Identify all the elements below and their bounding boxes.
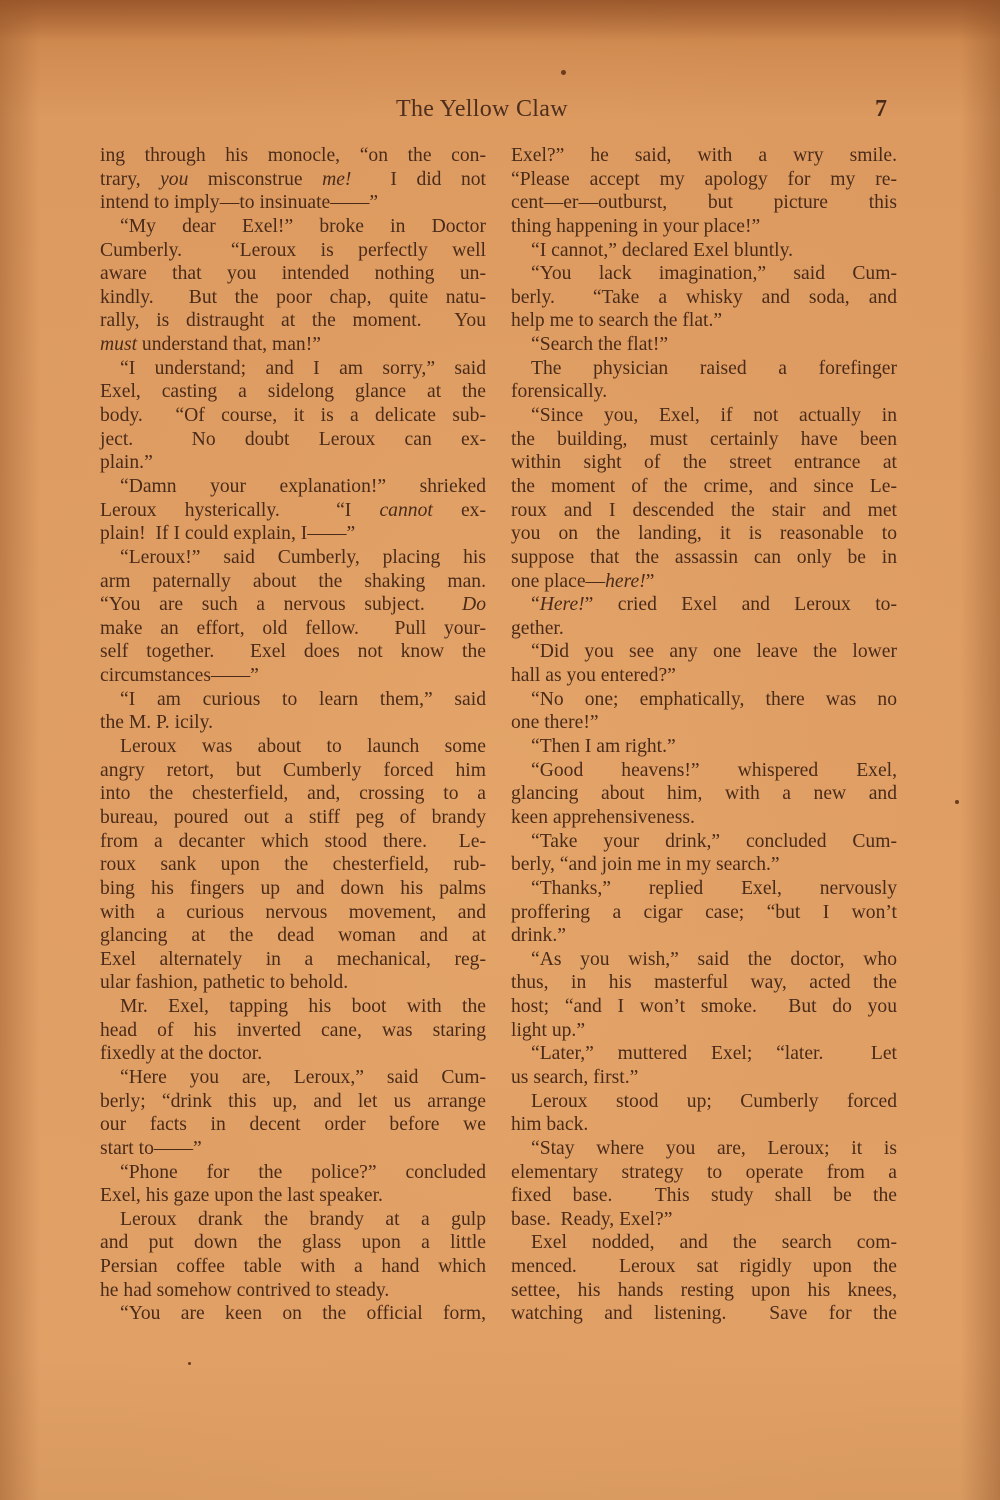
text-line: elementary strategy to operate from a xyxy=(511,1161,897,1185)
book-page: The Yellow Claw 7 ing through his monocl… xyxy=(0,0,1000,1500)
text-line: and put down the glass upon a little xyxy=(100,1231,486,1255)
text-line: “Leroux!” said Cumberly, placing his xyxy=(100,546,486,570)
text-line: aware that you intended nothing un- xyxy=(100,262,486,286)
page-number: 7 xyxy=(875,96,887,123)
text-line: light up.” xyxy=(511,1019,897,1043)
text-line: within sight of the street entrance at xyxy=(511,451,897,475)
paper-speck xyxy=(955,800,959,804)
text-line: Cumberly. “Leroux is perfectly well xyxy=(100,239,486,263)
text-line: our facts in decent order before we xyxy=(100,1113,486,1137)
text-line: he had somehow contrived to steady. xyxy=(100,1279,486,1303)
page-shadow-top xyxy=(0,0,1000,40)
text-column-right: Exel?” he said, with a wry smile.“Please… xyxy=(511,144,897,1326)
text-line: intend to imply—to insinuate——” xyxy=(100,191,486,215)
text-line: arm paternally about the shaking man. xyxy=(100,570,486,594)
text-line: “No one; emphatically, there was no xyxy=(511,688,897,712)
text-line: us search, first.” xyxy=(511,1066,897,1090)
text-column-left: ing through his monocle, “on the con-tra… xyxy=(100,144,486,1326)
text-line: “I understand; and I am sorry,” said xyxy=(100,357,486,381)
text-line: Leroux was about to launch some xyxy=(100,735,486,759)
text-line: gether. xyxy=(511,617,897,641)
text-line: angry retort, but Cumberly forced him xyxy=(100,759,486,783)
text-line: him back. xyxy=(511,1113,897,1137)
text-line: “Stay where you are, Leroux; it is xyxy=(511,1137,897,1161)
text-line: Leroux hysterically. “I cannot ex- xyxy=(100,499,486,523)
text-line: “Search the flat!” xyxy=(511,333,897,357)
page-shadow-right xyxy=(960,0,1000,1500)
text-line: head of his inverted cane, was staring xyxy=(100,1019,486,1043)
running-title: The Yellow Claw xyxy=(396,96,568,123)
text-line: keen apprehensiveness. xyxy=(511,806,897,830)
text-line: circumstances——” xyxy=(100,664,486,688)
text-line: Exel alternately in a mechanical, reg- xyxy=(100,948,486,972)
text-line: into the chesterfield, and, crossing to … xyxy=(100,782,486,806)
text-line: berly, “and join me in my search.” xyxy=(511,853,897,877)
text-line: plain! If I could explain, I——” xyxy=(100,522,486,546)
text-line: drink.” xyxy=(511,924,897,948)
text-line: “You are such a nervous subject. Do xyxy=(100,593,486,617)
text-line: body. “Of course, it is a delicate sub- xyxy=(100,404,486,428)
text-line: plain.” xyxy=(100,451,486,475)
text-line: Persian coffee table with a hand which xyxy=(100,1255,486,1279)
text-line: “Here!” cried Exel and Leroux to- xyxy=(511,593,897,617)
text-line: ing through his monocle, “on the con- xyxy=(100,144,486,168)
text-line: Leroux stood up; Cumberly forced xyxy=(511,1090,897,1114)
text-line: The physician raised a forefinger xyxy=(511,357,897,381)
text-line: berly. “Take a whisky and soda, and xyxy=(511,286,897,310)
text-line: settee, his hands resting upon his knees… xyxy=(511,1279,897,1303)
text-line: proffering a cigar case; “but I won’t xyxy=(511,901,897,925)
text-line: the M. P. icily. xyxy=(100,711,486,735)
text-line: “I am curious to learn them,” said xyxy=(100,688,486,712)
text-line: the moment of the crime, and since Le- xyxy=(511,475,897,499)
text-line: “You are keen on the official form, xyxy=(100,1302,486,1326)
text-line: glancing at the dead woman and at xyxy=(100,924,486,948)
paper-speck xyxy=(188,1362,191,1365)
text-line: berly; “drink this up, and let us arrang… xyxy=(100,1090,486,1114)
text-line: roux and I descended the stair and met xyxy=(511,499,897,523)
text-line: make an effort, old fellow. Pull your- xyxy=(100,617,486,641)
text-line: “My dear Exel!” broke in Doctor xyxy=(100,215,486,239)
page-shadow-left xyxy=(0,0,40,1500)
text-line: one there!” xyxy=(511,711,897,735)
text-line: Exel?” he said, with a wry smile. xyxy=(511,144,897,168)
text-line: help me to search the flat.” xyxy=(511,309,897,333)
text-line: Exel, his gaze upon the last speaker. xyxy=(100,1184,486,1208)
text-line: fixedly at the doctor. xyxy=(100,1042,486,1066)
text-line: must understand that, man!” xyxy=(100,333,486,357)
text-line: start to——” xyxy=(100,1137,486,1161)
text-line: “Later,” muttered Exel; “later. Let xyxy=(511,1042,897,1066)
text-line: base. Ready, Exel?” xyxy=(511,1208,897,1232)
text-line: “Damn your explanation!” shrieked xyxy=(100,475,486,499)
text-line: you on the landing, it is reasonable to xyxy=(511,522,897,546)
text-line: Leroux drank the brandy at a gulp xyxy=(100,1208,486,1232)
text-line: rally, is distraught at the moment. You xyxy=(100,309,486,333)
text-line: one place—here!” xyxy=(511,570,897,594)
text-line: ular fashion, pathetic to behold. xyxy=(100,971,486,995)
text-line: the building, must certainly have been xyxy=(511,428,897,452)
text-line: menced. Leroux sat rigidly upon the xyxy=(511,1255,897,1279)
text-line: fixed base. This study shall be the xyxy=(511,1184,897,1208)
text-line: “Take your drink,” concluded Cum- xyxy=(511,830,897,854)
text-line: Mr. Exel, tapping his boot with the xyxy=(100,995,486,1019)
text-line: trary, you misconstrue me! I did not xyxy=(100,168,486,192)
text-line: thing happening in your place!” xyxy=(511,215,897,239)
text-line: thus, in his masterful way, acted the xyxy=(511,971,897,995)
text-line: kindly. But the poor chap, quite natu- xyxy=(100,286,486,310)
text-line: “Did you see any one leave the lower xyxy=(511,640,897,664)
text-line: ject. No doubt Leroux can ex- xyxy=(100,428,486,452)
text-line: Exel nodded, and the search com- xyxy=(511,1231,897,1255)
text-line: “Here you are, Leroux,” said Cum- xyxy=(100,1066,486,1090)
text-line: “You lack imagination,” said Cum- xyxy=(511,262,897,286)
text-line: “Please accept my apology for my re- xyxy=(511,168,897,192)
text-line: “Thanks,” replied Exel, nervously xyxy=(511,877,897,901)
text-line: watching and listening. Save for the xyxy=(511,1302,897,1326)
text-line: suppose that the assassin can only be in xyxy=(511,546,897,570)
text-line: “I cannot,” declared Exel bluntly. xyxy=(511,239,897,263)
paper-speck xyxy=(561,70,566,75)
text-line: “Phone for the police?” concluded xyxy=(100,1161,486,1185)
text-line: host; “and I won’t smoke. But do you xyxy=(511,995,897,1019)
text-line: roux sank upon the chesterfield, rub- xyxy=(100,853,486,877)
text-line: bing his fingers up and down his palms xyxy=(100,877,486,901)
text-line: “Then I am right.” xyxy=(511,735,897,759)
text-line: hall as you entered?” xyxy=(511,664,897,688)
text-line: “As you wish,” said the doctor, who xyxy=(511,948,897,972)
text-line: self together. Exel does not know the xyxy=(100,640,486,664)
text-line: glancing about him, with a new and xyxy=(511,782,897,806)
text-line: from a decanter which stood there. Le- xyxy=(100,830,486,854)
text-line: bureau, poured out a stiff peg of brandy xyxy=(100,806,486,830)
text-line: Exel, casting a sidelong glance at the xyxy=(100,380,486,404)
text-line: “Good heavens!” whispered Exel, xyxy=(511,759,897,783)
text-line: forensically. xyxy=(511,380,897,404)
text-line: “Since you, Exel, if not actually in xyxy=(511,404,897,428)
text-line: with a curious nervous movement, and xyxy=(100,901,486,925)
text-line: cent—er—outburst, but picture this xyxy=(511,191,897,215)
